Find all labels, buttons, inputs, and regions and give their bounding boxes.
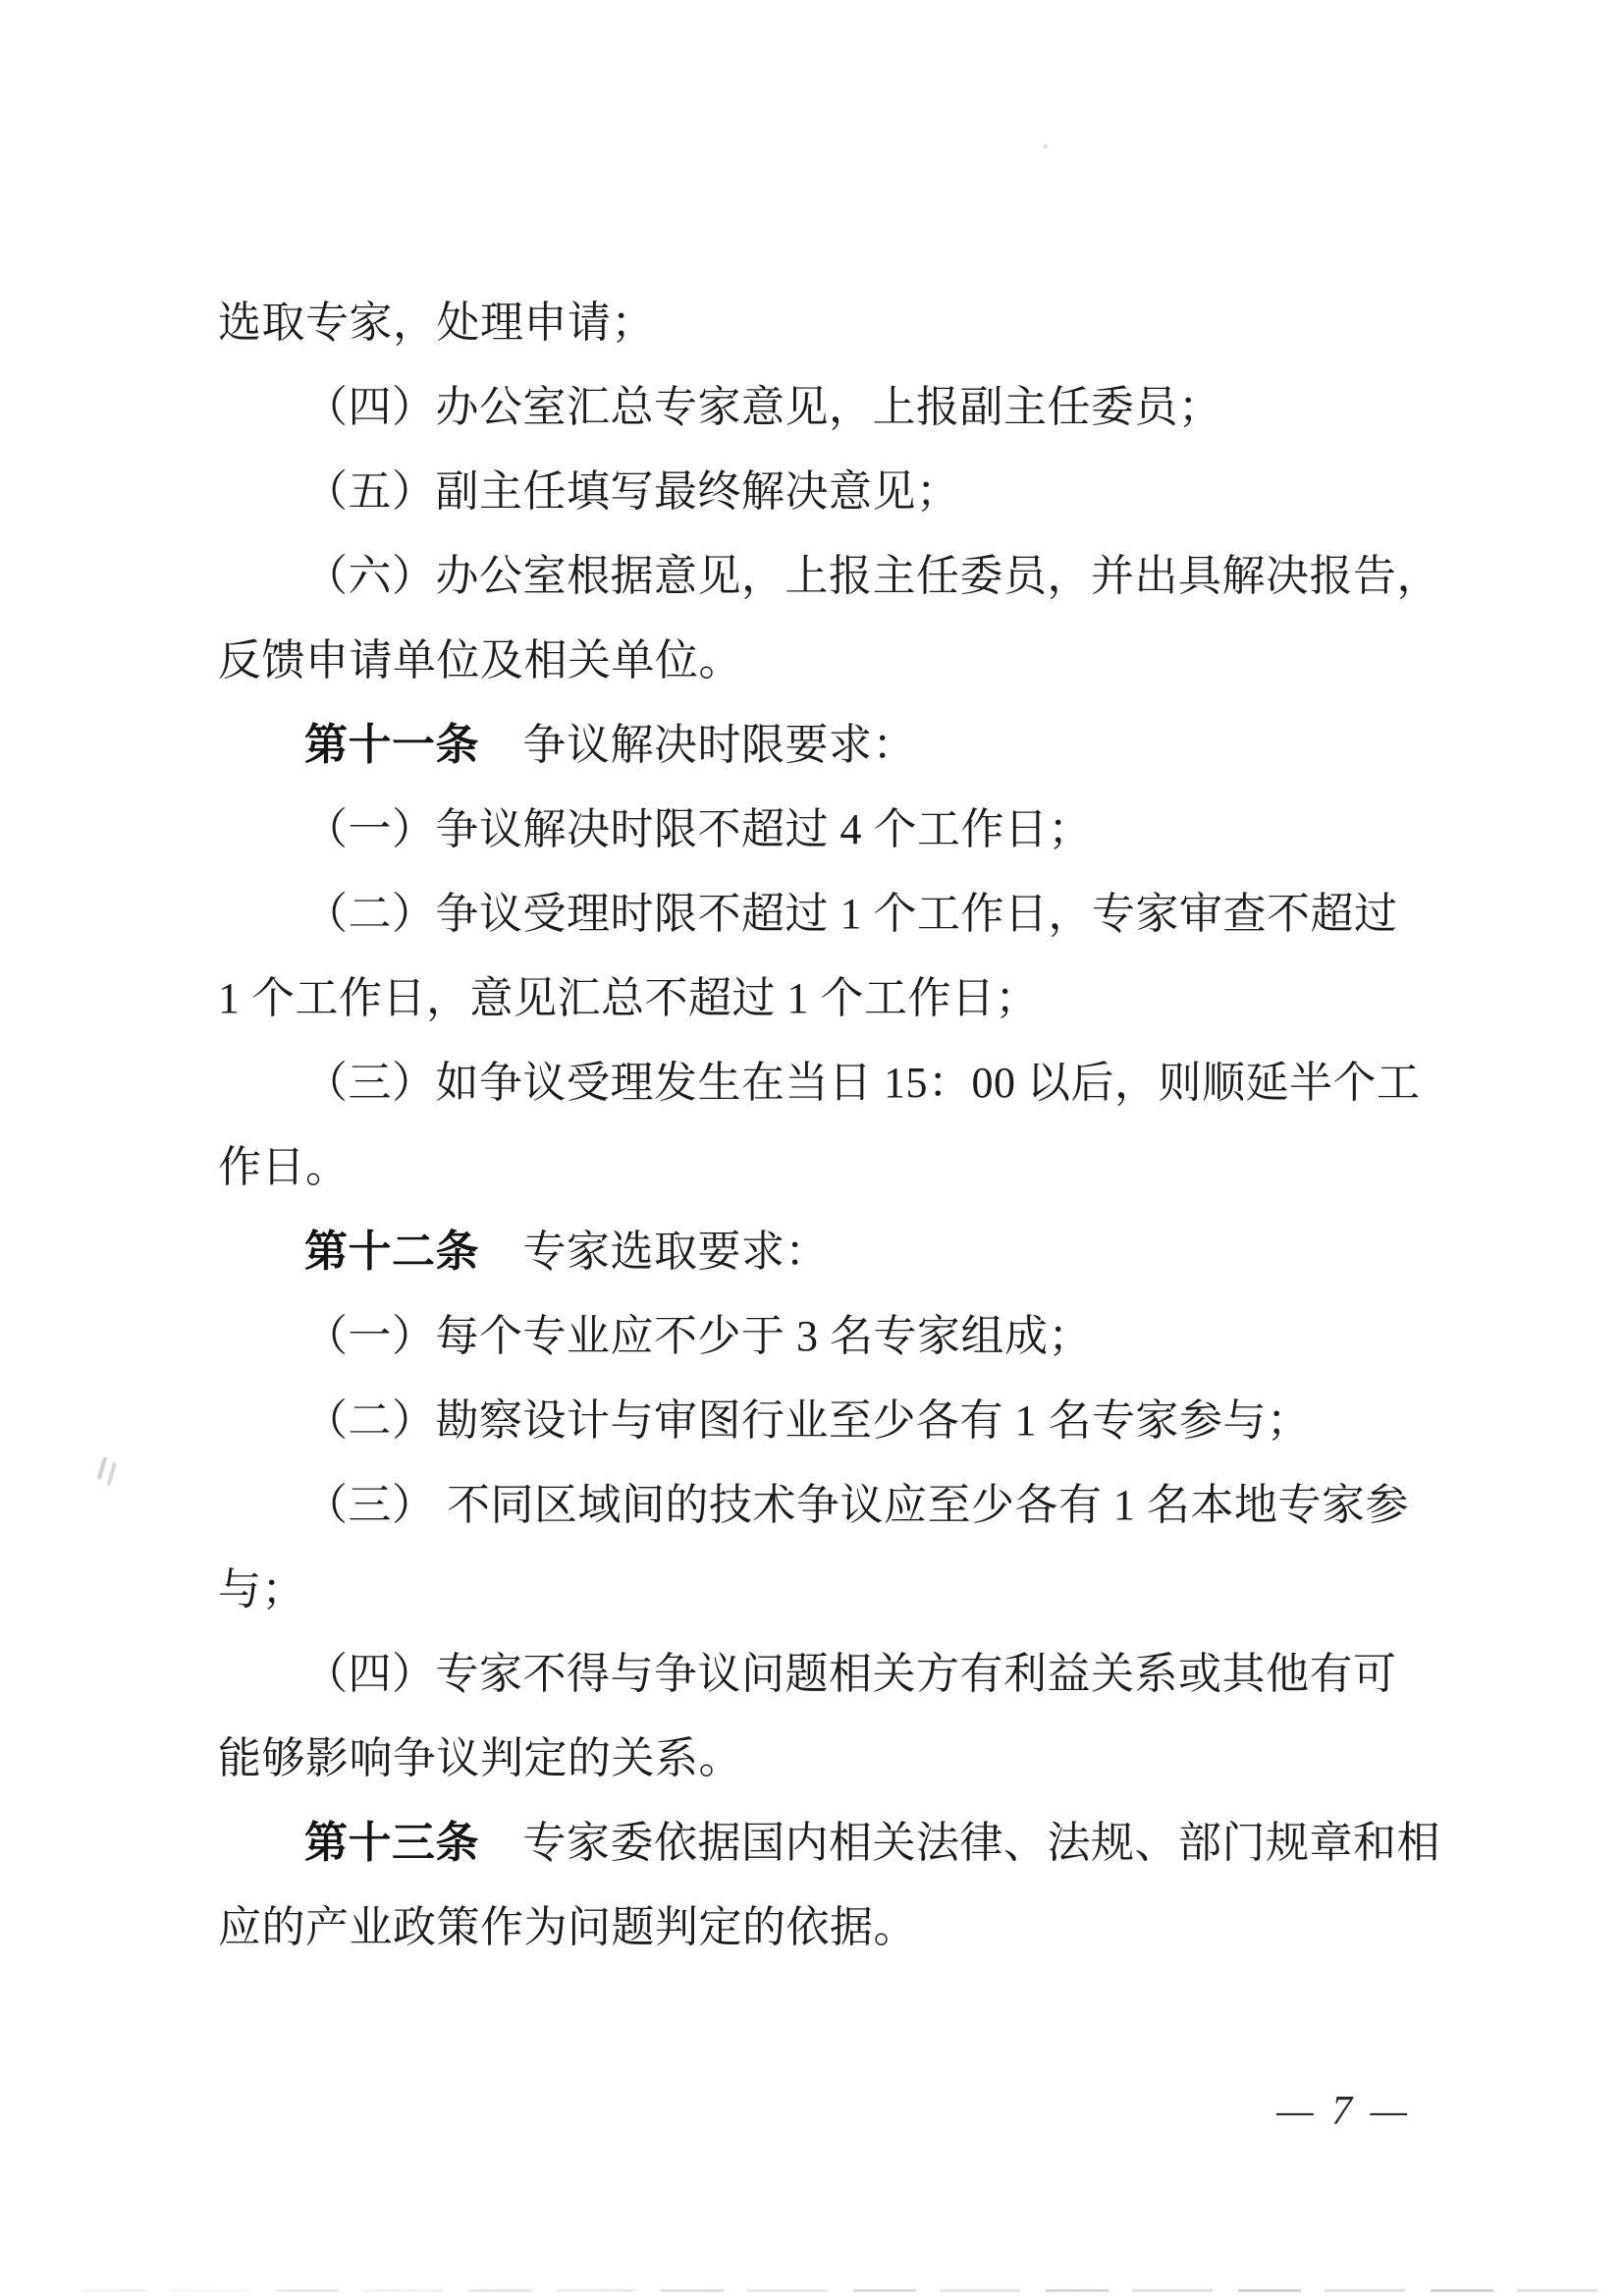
article-13-title: 专家委依据国内相关法律、法规、部门规章和相: [479, 1819, 1440, 1867]
list-item-2: （二）争议受理时限不超过 1 个工作日，专家审查不超过: [218, 872, 1414, 957]
list-item-1: （一）每个专业应不少于 3 名专家组成；: [218, 1294, 1414, 1379]
text-line-continuation: 作日。: [218, 1125, 1414, 1210]
article-12-number: 第十二条: [304, 1228, 479, 1276]
article-11-number: 第十一条: [304, 721, 479, 769]
list-item-3: （三） 不同区域间的技术争议应至少各有 1 名本地专家参: [218, 1463, 1414, 1548]
article-12-heading: 第十二条 专家选取要求：: [218, 1210, 1414, 1294]
text-line-continuation: 应的产业政策作为问题判定的依据。: [218, 1886, 1414, 1970]
article-13-heading: 第十三条 专家委依据国内相关法律、法规、部门规章和相: [218, 1801, 1414, 1886]
list-item-2: （二）勘察设计与审图行业至少各有 1 名专家参与；: [218, 1379, 1414, 1463]
document-body: 选取专家，处理申请； （四）办公室汇总专家意见，上报副主任委员； （五）副主任填…: [218, 281, 1414, 1970]
text-line-continuation: 能够影响争议判定的关系。: [218, 1717, 1414, 1801]
text-line-continuation: 选取专家，处理申请；: [218, 281, 1414, 365]
scan-speck: [1043, 144, 1048, 148]
list-item-1: （一）争议解决时限不超过 4 个工作日；: [218, 788, 1414, 872]
text-line-continuation: 1 个工作日，意见汇总不超过 1 个工作日；: [218, 957, 1414, 1041]
list-item-5: （五）副主任填写最终解决意见；: [218, 450, 1414, 534]
scan-edge-artifact: [83, 2289, 1623, 2292]
article-12-title: 专家选取要求：: [479, 1228, 829, 1276]
page-number: — 7 —: [1276, 2088, 1411, 2135]
page: { "page": { "paper_color": "#ffffff", "i…: [0, 0, 1623, 2296]
list-item-3: （三）如争议受理发生在当日 15：00 以后，则顺延半个工: [218, 1041, 1414, 1125]
text-line-continuation: 反馈申请单位及相关单位。: [218, 619, 1414, 703]
list-item-4: （四）办公室汇总专家意见，上报副主任委员；: [218, 365, 1414, 450]
article-11-title: 争议解决时限要求：: [479, 721, 916, 769]
text-line-continuation: 与；: [218, 1548, 1414, 1632]
list-item-6: （六）办公室根据意见，上报主任委员，并出具解决报告，: [218, 534, 1414, 619]
article-11-heading: 第十一条 争议解决时限要求：: [218, 703, 1414, 788]
document-sheet: 选取专家，处理申请； （四）办公室汇总专家意见，上报副主任委员； （五）副主任填…: [0, 0, 1623, 2296]
article-13-number: 第十三条: [304, 1819, 479, 1867]
scan-smudge-mark: [97, 1456, 107, 1480]
list-item-4: （四）专家不得与争议问题相关方有利益关系或其他有可: [218, 1632, 1414, 1717]
